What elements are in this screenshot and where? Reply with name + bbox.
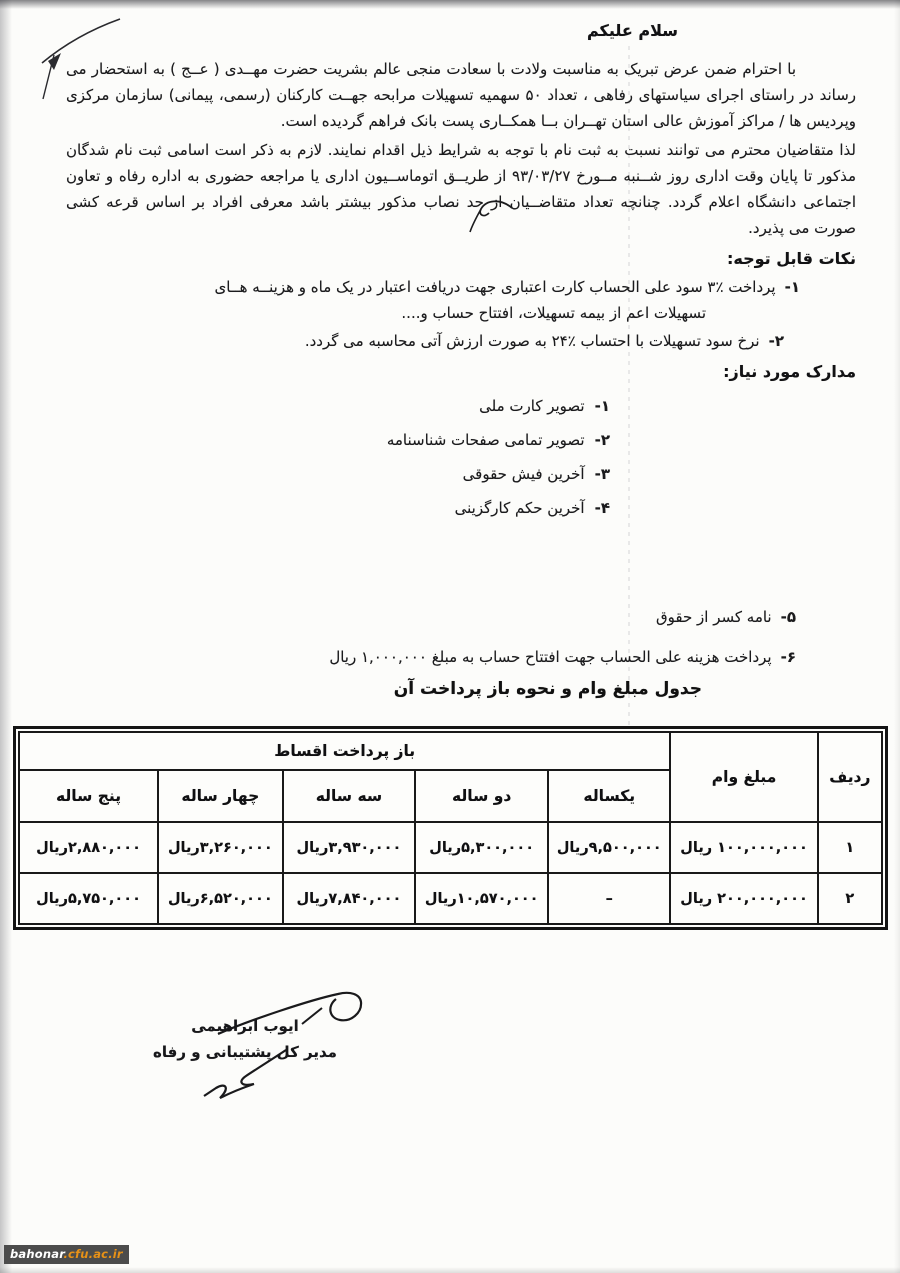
col-header-three-year: سه ساله: [283, 770, 416, 822]
col-header-row-number: ردیف: [818, 732, 882, 822]
table-row: ۲ ۲۰۰,۰۰۰,۰۰۰ ریال – ۱۰,۵۷۰,۰۰۰ریال ۷,۸۴…: [19, 873, 882, 924]
note-item-1-text: پرداخت ٪۳ سود علی الحساب کارت اعتباری جه…: [66, 274, 776, 300]
loan-table-container: ردیف مبلغ وام باز پرداخت اقساط یکساله دو…: [13, 726, 888, 930]
col-header-two-year: دو ساله: [415, 770, 548, 822]
notes-section-title: نکات قابل توجه:: [66, 246, 856, 272]
document-item-1-number: ۱-: [595, 393, 610, 419]
scan-edge-left: [0, 0, 12, 1273]
letter-body: سلام علیکم با احترام ضمن عرض تبریک به من…: [66, 16, 856, 521]
document-item-1-text: تصویر کارت ملی: [479, 393, 585, 419]
col-header-four-year: چهار ساله: [158, 770, 282, 822]
loan-table-title: جدول مبلغ وام و نحوه باز پرداخت آن: [394, 679, 702, 699]
col-header-repayment-group: باز پرداخت اقساط: [19, 732, 670, 770]
row-number-cell: ۲: [818, 873, 882, 924]
document-item-4-number: ۴-: [595, 495, 610, 521]
one-year-cell: –: [548, 873, 670, 924]
scan-edge-bottom: [0, 1267, 900, 1273]
loan-amount-cell: ۲۰۰,۰۰۰,۰۰۰ ریال: [670, 873, 817, 924]
scanned-letter-page: سلام علیکم با احترام ضمن عرض تبریک به من…: [0, 0, 900, 1273]
website-watermark-prefix: bahonar: [10, 1247, 63, 1261]
signature-block: ایوب ابراهیمی مدیر کل پشتیبانی و رفاه: [110, 1013, 380, 1065]
five-year-cell: ۲,۸۸۰,۰۰۰ریال: [19, 822, 158, 873]
note-item-2-number: ۲-: [769, 328, 784, 354]
document-item-4: ۴- آخرین حکم کارگزینی: [66, 495, 856, 521]
document-item-3-text: آخرین فیش حقوقی: [463, 461, 585, 487]
table-row: ۱ ۱۰۰,۰۰۰,۰۰۰ ریال ۹,۵۰۰,۰۰۰ریال ۵,۳۰۰,۰…: [19, 822, 882, 873]
document-item-2-text: تصویر تمامی صفحات شناسنامه: [387, 427, 585, 453]
document-item-1: ۱- تصویر کارت ملی: [66, 393, 856, 419]
additional-items-block: ۵- نامه کسر از حقوق ۶- پرداخت هزینه علی …: [66, 604, 796, 671]
signatory-role: مدیر کل پشتیبانی و رفاه: [110, 1039, 380, 1065]
col-header-one-year: یکساله: [548, 770, 670, 822]
note-item-1: ۱- پرداخت ٪۳ سود علی الحساب کارت اعتباری…: [66, 274, 856, 300]
signatory-name: ایوب ابراهیمی: [110, 1013, 380, 1039]
document-item-6-text: پرداخت هزینه علی الحساب جهت افتتاح حساب …: [329, 644, 771, 671]
note-item-1-number: ۱-: [785, 274, 800, 300]
document-item-5-text: نامه کسر از حقوق: [656, 604, 772, 631]
website-watermark-suffix: .cfu.ac.ir: [63, 1247, 122, 1261]
handwritten-check-mark-icon: [448, 192, 518, 237]
document-item-5-number: ۵-: [781, 604, 796, 631]
document-item-2: ۲- تصویر تمامی صفحات شناسنامه: [66, 427, 856, 453]
three-year-cell: ۳,۹۳۰,۰۰۰ریال: [283, 822, 416, 873]
four-year-cell: ۶,۵۲۰,۰۰۰ریال: [158, 873, 282, 924]
note-item-2-text: نرخ سود تسهیلات با احتساب ٪۲۴ به صورت ار…: [66, 328, 760, 354]
scan-edge-right: [894, 0, 900, 1273]
document-item-6: ۶- پرداخت هزینه علی الحساب جهت افتتاح حس…: [66, 644, 796, 671]
greeting-line: سلام علیکم: [66, 18, 856, 44]
col-header-five-year: پنج ساله: [19, 770, 158, 822]
two-year-cell: ۵,۳۰۰,۰۰۰ریال: [415, 822, 548, 873]
document-item-3: ۳- آخرین فیش حقوقی: [66, 461, 856, 487]
document-item-6-number: ۶-: [781, 644, 796, 671]
three-year-cell: ۷,۸۴۰,۰۰۰ریال: [283, 873, 416, 924]
document-item-4-text: آخرین حکم کارگزینی: [455, 495, 585, 521]
loan-amount-cell: ۱۰۰,۰۰۰,۰۰۰ ریال: [670, 822, 817, 873]
four-year-cell: ۳,۲۶۰,۰۰۰ریال: [158, 822, 282, 873]
paragraph-intro: با احترام ضمن عرض تبریک به مناسبت ولادت …: [66, 56, 856, 134]
col-header-loan-amount: مبلغ وام: [670, 732, 817, 822]
scan-edge-top: [0, 0, 900, 9]
document-item-3-number: ۳-: [595, 461, 610, 487]
document-item-5: ۵- نامه کسر از حقوق: [66, 604, 796, 631]
note-item-1-continuation: تسهیلات اعم از بیمه تسهیلات، افتتاح حساب…: [66, 300, 856, 326]
website-watermark: bahonar.cfu.ac.ir: [4, 1245, 129, 1264]
one-year-cell: ۹,۵۰۰,۰۰۰ریال: [548, 822, 670, 873]
note-item-2: ۲- نرخ سود تسهیلات با احتساب ٪۲۴ به صورت…: [66, 328, 856, 354]
loan-repayment-table: ردیف مبلغ وام باز پرداخت اقساط یکساله دو…: [18, 731, 883, 925]
document-item-2-number: ۲-: [595, 427, 610, 453]
five-year-cell: ۵,۷۵۰,۰۰۰ریال: [19, 873, 158, 924]
two-year-cell: ۱۰,۵۷۰,۰۰۰ریال: [415, 873, 548, 924]
row-number-cell: ۱: [818, 822, 882, 873]
documents-section-title: مدارک مورد نیاز:: [66, 359, 856, 385]
